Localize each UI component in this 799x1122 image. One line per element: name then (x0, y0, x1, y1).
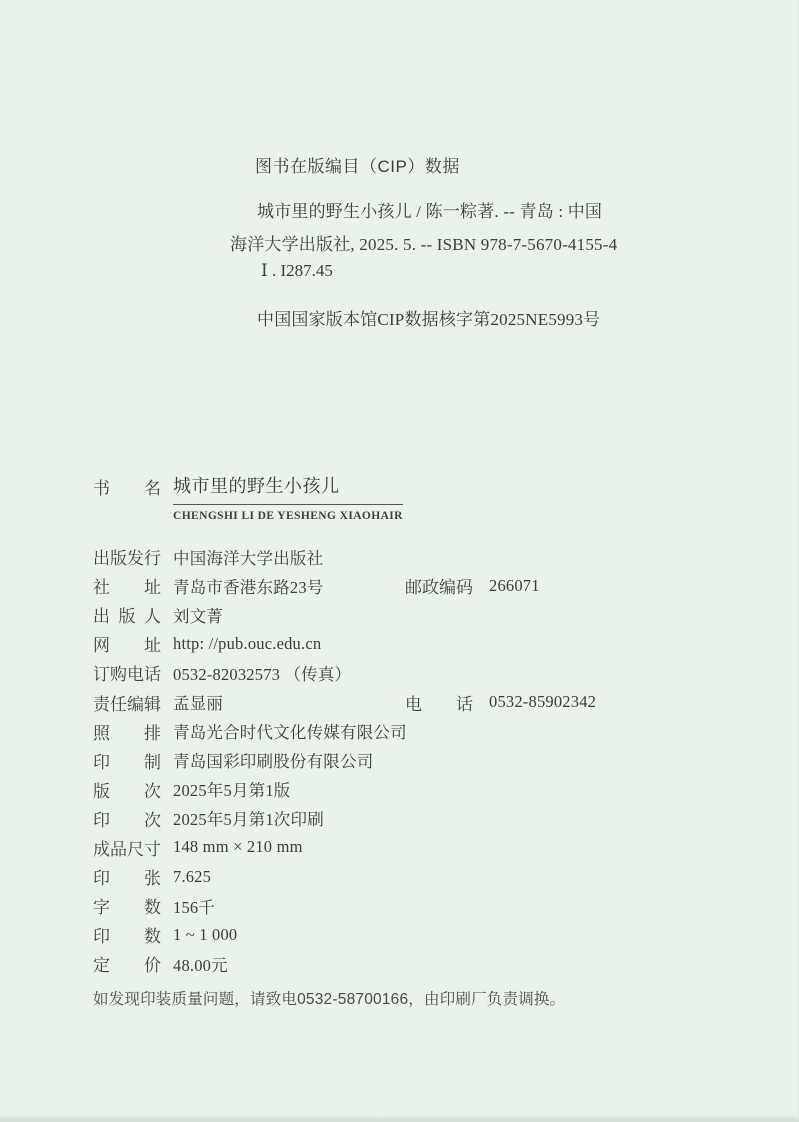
info-row-edition: 版次 2025年5月第1版 (93, 775, 733, 804)
field-value: 266071 (489, 576, 540, 596)
field-value: 青岛国彩印刷股份有限公司 (173, 748, 373, 772)
field-label: 定价 (93, 951, 161, 976)
book-title-block: 城市里的野生小孩儿 CHENGSHI LI DE YESHENG XIAOHAI… (173, 472, 403, 522)
info-row-typesetting: 照排 青岛光合时代文化传媒有限公司 (93, 717, 733, 746)
field-value: 0532-85902342 (489, 692, 596, 712)
cip-description-line2: 海洋大学出版社, 2025. 5. -- ISBN 978-7-5670-415… (230, 228, 617, 261)
info-row-printing: 印制 青岛国彩印刷股份有限公司 (93, 746, 733, 775)
field-label: 出版人 (93, 602, 161, 627)
field-value: 156千 (173, 894, 215, 918)
field-value: 2025年5月第1版 (173, 777, 291, 801)
info-row-publisher: 出版发行 中国海洋大学出版社 (93, 542, 733, 571)
colophon-page: 图书在版编目（CIP）数据 城市里的野生小孩儿 / 陈一粽著. -- 青岛 : … (0, 0, 799, 1122)
info-row-editor: 责任编辑 孟显丽 电话 0532-85902342 (93, 687, 733, 716)
field-value: 1 ~ 1 000 (173, 925, 237, 945)
field-label: 印制 (93, 748, 161, 773)
info-row-order-phone: 订购电话 0532-82032573 （传真） (93, 658, 733, 687)
field-value: 青岛光合时代文化传媒有限公司 (173, 719, 407, 743)
info-row-word-count: 字数 156千 (93, 891, 733, 920)
page-edge-bottom (0, 1116, 799, 1122)
book-title-pinyin: CHENGSHI LI DE YESHENG XIAOHAIR (173, 510, 403, 522)
cip-description: 城市里的野生小孩儿 / 陈一粽著. -- 青岛 : 中国 海洋大学出版社, 20… (230, 195, 617, 261)
field-value: 148 mm × 210 mm (173, 837, 303, 857)
book-title: 城市里的野生小孩儿 (173, 472, 403, 505)
field-label: 电话 (405, 690, 473, 715)
field-value: 2025年5月第1次印刷 (173, 806, 324, 830)
info-subrow-phone: 电话 0532-85902342 (405, 687, 596, 716)
field-value: http: //pub.ouc.edu.cn (173, 634, 321, 654)
field-label: 网址 (93, 631, 161, 656)
field-label: 版次 (93, 777, 161, 802)
info-row-publisher-person: 出版人 刘文菁 (93, 600, 733, 629)
field-value: 中国海洋大学出版社 (173, 545, 323, 569)
field-label: 字数 (93, 893, 161, 918)
cip-class-number: Ⅰ . I287.45 (261, 261, 333, 281)
field-value: 7.625 (173, 867, 211, 887)
field-label: 出版发行 (93, 544, 161, 569)
info-subrow-postcode: 邮政编码 266071 (405, 571, 540, 600)
field-label-book-title: 书名 (93, 474, 161, 522)
info-row-website: 网址 http: //pub.ouc.edu.cn (93, 629, 733, 658)
field-value: 孟显丽 (173, 690, 223, 714)
field-label: 印数 (93, 922, 161, 947)
field-label: 邮政编码 (405, 573, 473, 598)
cip-record-number: 中国国家版本馆CIP数据核字第2025NE5993号 (257, 305, 600, 330)
info-row-impression: 印次 2025年5月第1次印刷 (93, 804, 733, 833)
field-label: 印次 (93, 806, 161, 831)
field-label: 印张 (93, 864, 161, 889)
cip-heading: 图书在版编目（CIP）数据 (255, 152, 460, 177)
book-title-row: 书名 城市里的野生小孩儿 CHENGSHI LI DE YESHENG XIAO… (93, 472, 733, 522)
field-label: 订购电话 (93, 660, 161, 685)
field-value: 48.00元 (173, 952, 228, 976)
field-value: 0532-82032573 （传真） (173, 661, 351, 685)
quality-notice: 如发现印装质量问题，请致电0532-58700166，由印刷厂负责调换。 (93, 987, 565, 1009)
info-row-price: 定价 48.00元 (93, 949, 733, 978)
field-label: 责任编辑 (93, 690, 161, 715)
info-row-address: 社址 青岛市香港东路23号 邮政编码 266071 (93, 571, 733, 600)
field-label: 社址 (93, 573, 161, 598)
field-label: 照排 (93, 719, 161, 744)
field-label: 成品尺寸 (93, 835, 161, 860)
info-row-sheets: 印张 7.625 (93, 862, 733, 891)
info-rows: 出版发行 中国海洋大学出版社 社址 青岛市香港东路23号 邮政编码 266071… (93, 542, 733, 978)
publication-info: 书名 城市里的野生小孩儿 CHENGSHI LI DE YESHENG XIAO… (93, 472, 733, 978)
cip-description-line1: 城市里的野生小孩儿 / 陈一粽著. -- 青岛 : 中国 (230, 195, 617, 228)
field-value: 青岛市香港东路23号 (173, 574, 324, 598)
info-row-size: 成品尺寸 148 mm × 210 mm (93, 833, 733, 862)
info-row-print-run: 印数 1 ~ 1 000 (93, 920, 733, 949)
field-value: 刘文菁 (173, 603, 223, 627)
